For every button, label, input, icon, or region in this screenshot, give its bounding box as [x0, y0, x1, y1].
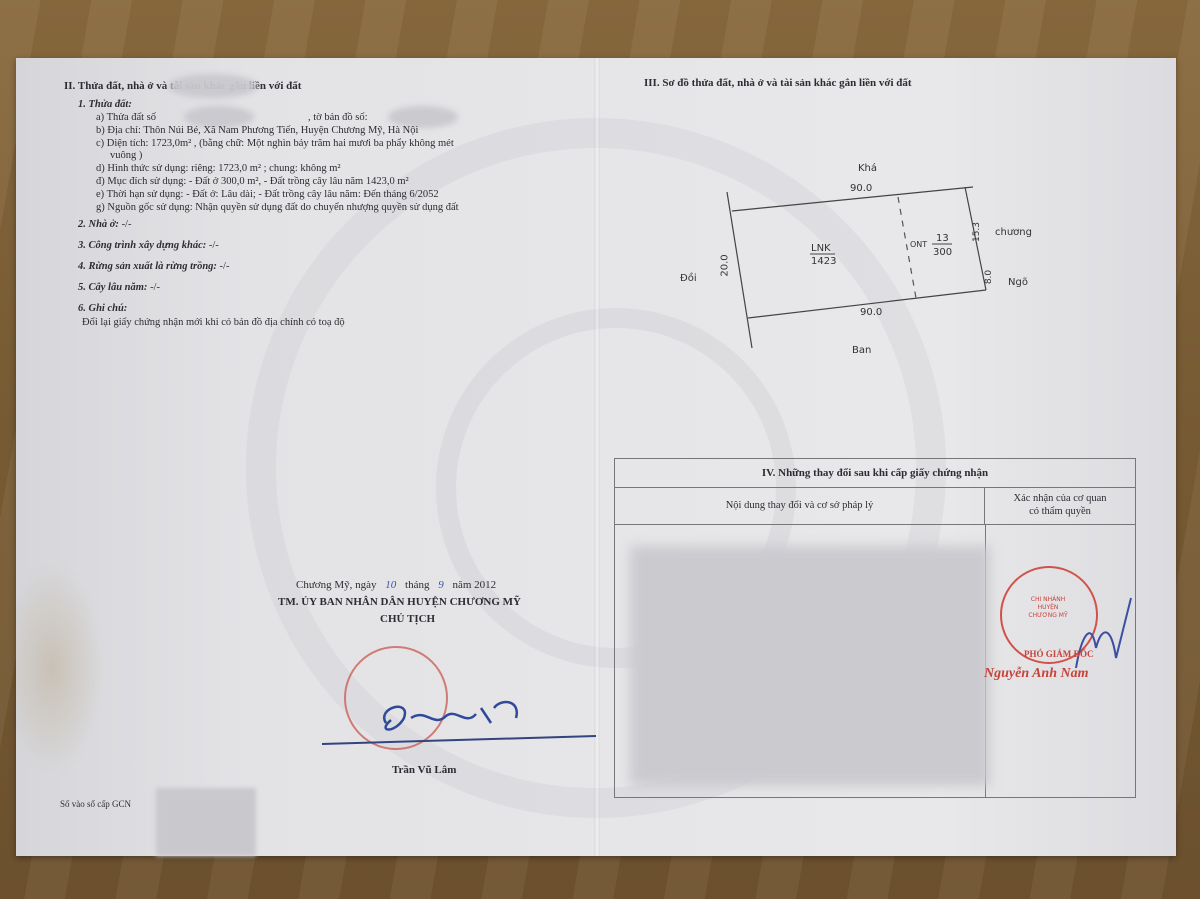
- zone-ont-code: ONT: [910, 240, 927, 249]
- signer-title-right: PHÓ GIÁM ĐỐC: [1024, 648, 1094, 661]
- col2-line2: có thẩm quyền: [985, 505, 1135, 518]
- zone-ont-area: 300: [933, 247, 952, 258]
- parcel-sketch: Khá 90.0 90.0 Ban Đồi 20.0 15.3 8.0 chươ…: [660, 155, 1060, 365]
- item-house: 2. Nhà ở: -/-: [78, 218, 131, 231]
- area-line: c) Diện tích: 1723,0m² , (bằng chữ: Một …: [96, 137, 454, 150]
- usage-form-line: d) Hình thức sử dụng: riêng: 1723,0 m² ;…: [96, 162, 341, 175]
- area-line-cont: vuông ): [110, 149, 142, 162]
- chairman-name: Trần Vũ Lâm: [392, 764, 456, 777]
- neighbor-left: Đồi: [680, 273, 697, 284]
- bottom-length: 90.0: [860, 307, 882, 318]
- issuing-authority: TM. ỦY BAN NHÂN DÂN HUYỆN CHƯƠNG MỸ: [278, 596, 521, 609]
- zone-ont-number: 13: [936, 233, 949, 244]
- redaction: [630, 546, 990, 786]
- registry-footer: Số vào sổ cấp GCN: [60, 798, 131, 811]
- item-perennial-trees: 5. Cây lâu năm: -/-: [78, 281, 160, 294]
- changes-col-content: Nội dung thay đổi và cơ sở pháp lý: [615, 487, 985, 525]
- section-iii-title: III. Sơ đồ thửa đất, nhà ở và tài sản kh…: [644, 77, 912, 90]
- usage-term-line: e) Thời hạn sử dụng: - Đất ở: Lâu dài; -…: [96, 188, 439, 201]
- neighbor-right-top: chương: [995, 227, 1032, 238]
- item-other-construction: 3. Công trình xây dựng khác: -/-: [78, 239, 219, 252]
- item-planted-forest: 4. Rừng sản xuất là rừng trồng: -/-: [78, 260, 229, 273]
- changes-col-confirmation: Xác nhận của cơ quan có thẩm quyền: [985, 487, 1135, 525]
- left-length: 20.0: [720, 254, 731, 276]
- redaction: [156, 788, 256, 856]
- usage-purpose-line: đ) Mục đích sử dụng: - Đất ở 300,0 m², -…: [96, 175, 409, 188]
- issue-date-line: Chương Mỹ, ngày 10 tháng 9 năm 2012: [296, 579, 496, 592]
- land-certificate-paper: II. Thửa đất, nhà ở và tài sản khác gắn …: [16, 58, 1176, 856]
- chairman-title: CHỦ TỊCH: [380, 613, 435, 626]
- top-length: 90.0: [850, 183, 872, 194]
- zone-lnk-code: LNK: [811, 243, 831, 254]
- paper-stain: [16, 558, 106, 778]
- col2-line1: Xác nhận của cơ quan: [985, 492, 1135, 505]
- parcel-number-label: a) Thửa đất số: [96, 111, 156, 124]
- neighbor-right-bottom: Ngõ: [1008, 277, 1028, 288]
- redaction: [168, 74, 258, 98]
- map-sheet-label: , tờ bản đồ số:: [308, 111, 368, 124]
- right-upper-length: 15.3: [972, 222, 982, 242]
- note-text: Đổi lại giấy chứng nhận mới khi có bản đ…: [82, 316, 345, 329]
- neighbor-top: Khá: [858, 163, 877, 174]
- signature-right: [1056, 578, 1146, 678]
- zone-lnk-area: 1423: [811, 256, 836, 267]
- item-notes: 6. Ghi chú:: [78, 302, 127, 315]
- address-line: b) Địa chỉ: Thôn Núi Bé, Xã Nam Phương T…: [96, 124, 418, 137]
- signer-name-right: Nguyễn Anh Nam: [984, 666, 1089, 682]
- signature-left: [316, 678, 606, 758]
- changes-table-title: IV. Những thay đổi sau khi cấp giấy chứn…: [615, 459, 1135, 488]
- parcel-heading: 1. Thửa đất:: [78, 98, 132, 111]
- neighbor-bottom: Ban: [852, 345, 871, 356]
- usage-origin-line: g) Nguồn gốc sử dụng: Nhận quyền sử dụng…: [96, 201, 459, 214]
- right-lower-length: 8.0: [984, 270, 994, 284]
